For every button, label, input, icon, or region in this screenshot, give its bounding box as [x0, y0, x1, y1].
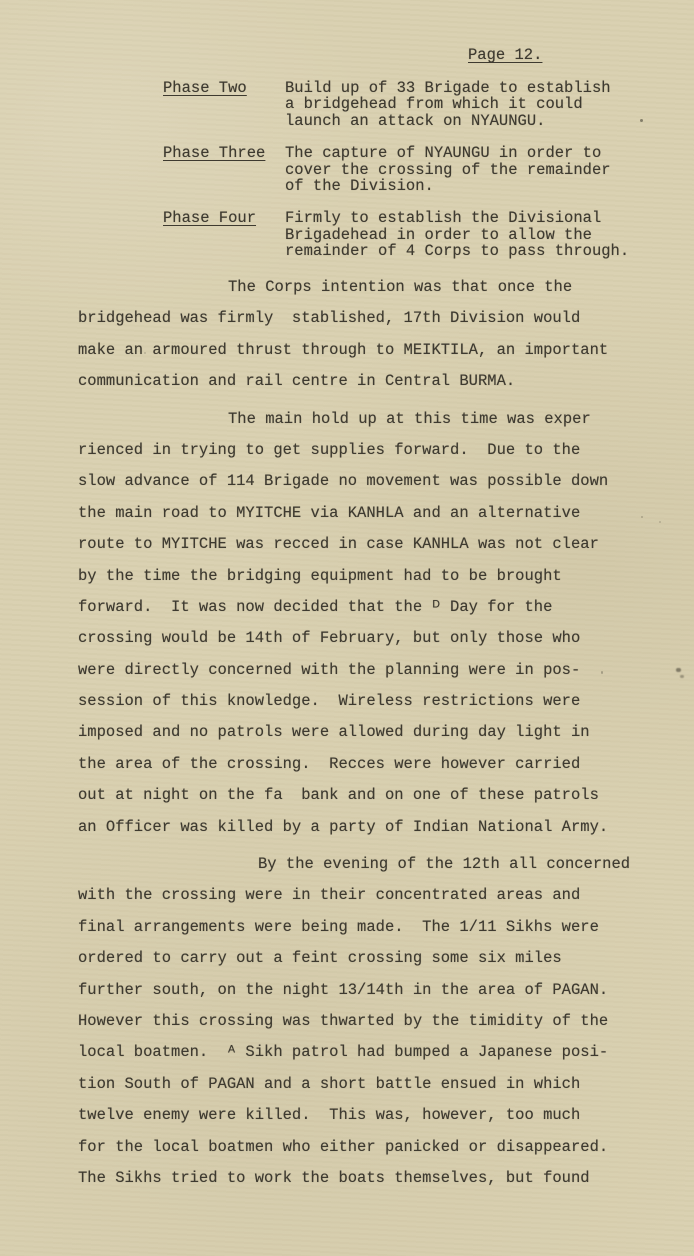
phase-line: Build up of 33 Brigade to establish — [285, 80, 611, 96]
document-page: Page 12. Phase Two Build up of 33 Brigad… — [0, 0, 694, 1256]
phase-line: The capture of NYAUNGU in order to — [285, 145, 611, 161]
body-line: out at night on the fa bank and on one o… — [78, 780, 663, 811]
body-line: make an armoured thrust through to MEIKT… — [78, 335, 663, 366]
paper-speck — [659, 521, 661, 523]
phase-line: remainder of 4 Corps to pass through. — [285, 243, 629, 259]
body-line: twelve enemy were killed. This was, howe… — [78, 1100, 663, 1131]
paper-speck — [680, 675, 684, 678]
body-line: bridgehead was firmly stablished, 17th D… — [78, 303, 663, 334]
body-line: session of this knowledge. Wireless rest… — [78, 686, 663, 717]
phase-description: Firmly to establish the Divisional Briga… — [285, 210, 629, 259]
body-line: further south, on the night 13/14th in t… — [78, 975, 663, 1006]
body-line: the area of the crossing. Recces were ho… — [78, 749, 663, 780]
phase-list: Phase Two Build up of 33 Brigade to esta… — [163, 80, 663, 276]
body-line: tion South of PAGAN and a short battle e… — [78, 1069, 663, 1100]
paragraph: The main hold up at this time was exper … — [78, 404, 663, 843]
body-line: final arrangements were being made. The … — [78, 912, 663, 943]
paragraph: The Corps intention was that once the br… — [78, 272, 663, 398]
paper-speck — [676, 668, 681, 672]
paper-speck — [601, 671, 603, 674]
paper-speck — [641, 516, 643, 518]
phase-label: Phase Three — [163, 145, 285, 161]
body-line: an Officer was killed by a party of Indi… — [78, 812, 663, 843]
body-line: for the local boatmen who either panicke… — [78, 1132, 663, 1163]
body-line: The Sikhs tried to work the boats themse… — [78, 1163, 663, 1194]
body-line: with the crossing were in their concentr… — [78, 880, 663, 911]
body-line: crossing would be 14th of February, but … — [78, 623, 663, 654]
phase-label: Phase Four — [163, 210, 285, 226]
body-line: However this crossing was thwarted by th… — [78, 1006, 663, 1037]
phase-row: Phase Two Build up of 33 Brigade to esta… — [163, 80, 663, 129]
phase-description: The capture of NYAUNGU in order to cover… — [285, 145, 611, 194]
phase-line: of the Division. — [285, 178, 611, 194]
body-line: The main hold up at this time was exper — [78, 404, 663, 435]
page-number: Page 12. — [468, 46, 542, 64]
body-line: communication and rail centre in Central… — [78, 366, 663, 397]
body-line: the main road to MYITCHE via KANHLA and … — [78, 498, 663, 529]
paper-speck — [640, 119, 643, 122]
phase-row: Phase Four Firmly to establish the Divis… — [163, 210, 663, 259]
body-line: were directly concerned with the plannin… — [78, 655, 663, 686]
phase-line: Firmly to establish the Divisional — [285, 210, 629, 226]
phase-label: Phase Two — [163, 80, 285, 96]
body-line: by the time the bridging equipment had t… — [78, 561, 663, 592]
body-line: forward. It was now decided that the ᴰ D… — [78, 592, 663, 623]
body-line: slow advance of 114 Brigade no movement … — [78, 466, 663, 497]
phase-description: Build up of 33 Brigade to establish a br… — [285, 80, 611, 129]
body-line: By the evening of the 12th all concerned — [78, 849, 663, 880]
phase-line: cover the crossing of the remainder — [285, 162, 611, 178]
phase-line: Brigadehead in order to allow the — [285, 227, 629, 243]
body-line: The Corps intention was that once the — [78, 272, 663, 303]
body-line: imposed and no patrols were allowed duri… — [78, 717, 663, 748]
body-line: ordered to carry out a feint crossing so… — [78, 943, 663, 974]
paragraph: By the evening of the 12th all concerned… — [78, 849, 663, 1194]
document-body: The Corps intention was that once the br… — [78, 272, 663, 1200]
phase-row: Phase Three The capture of NYAUNGU in or… — [163, 145, 663, 194]
paper-speck — [144, 352, 146, 354]
body-line: local boatmen. ᴬ Sikh patrol had bumped … — [78, 1037, 663, 1068]
phase-line: a bridgehead from which it could — [285, 96, 611, 112]
phase-line: launch an attack on NYAUNGU. — [285, 113, 611, 129]
body-line: rienced in trying to get supplies forwar… — [78, 435, 663, 466]
body-line: route to MYITCHE was recced in case KANH… — [78, 529, 663, 560]
paper-speck — [246, 761, 248, 765]
